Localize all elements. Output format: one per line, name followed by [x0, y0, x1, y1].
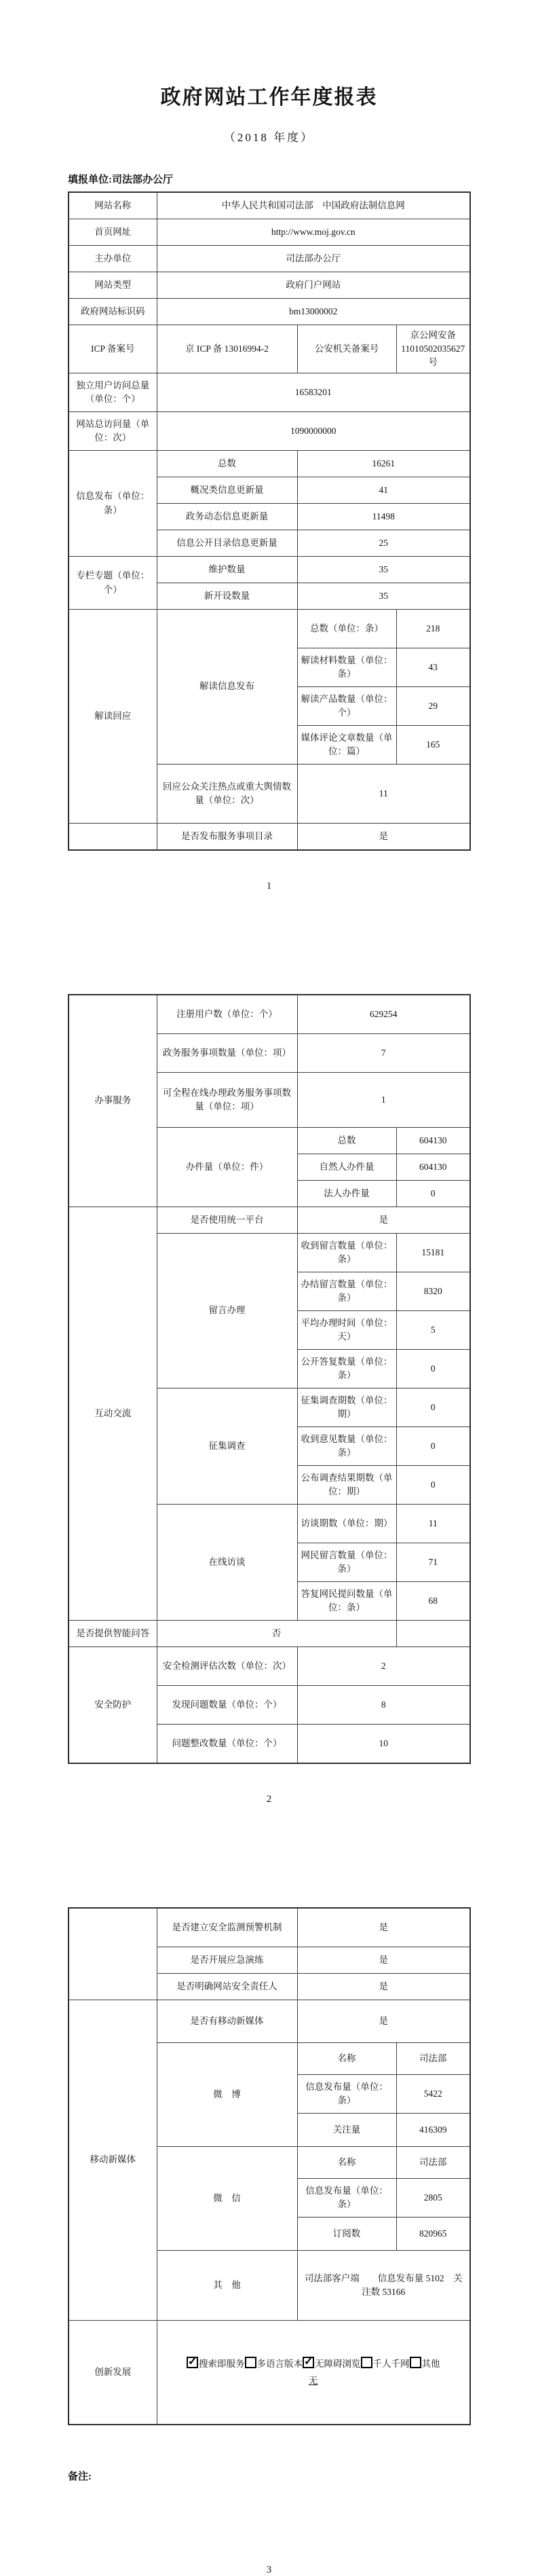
cell-label: 问题整改数量（单位：个） — [157, 1725, 297, 1764]
checkbox-icon — [361, 2357, 372, 2368]
notes-label: 备注: — [68, 2469, 538, 2483]
cell-value: 司法部 — [396, 2043, 470, 2075]
cell-value: 629254 — [297, 995, 470, 1034]
cell-value: 0 — [396, 1181, 470, 1207]
subsection-label: 在线访谈 — [157, 1505, 297, 1621]
cell-value: 35 — [297, 557, 470, 583]
option-label: 搜索即服务 — [199, 2359, 245, 2369]
table-row: 网站名称 中华人民共和国司法部 中国政府法制信息网 — [69, 192, 470, 219]
cell-label: 访谈期数（单位：期） — [297, 1505, 396, 1543]
cell-value: 0 — [396, 1427, 470, 1466]
page-3: 是否建立安全监测预警机制 是 是否开展应急演练 是 是否明确网站安全责任人 是 … — [0, 1907, 538, 2576]
option-search-as-service: 搜索即服务 — [187, 2359, 245, 2369]
table-row: 专栏专题（单位：个） 维护数量 35 — [69, 557, 470, 583]
cell-label: 名称 — [297, 2147, 396, 2179]
table-row: 独立用户访问总量（单位：个） 16583201 — [69, 373, 470, 412]
cell-value: 1090000000 — [157, 412, 470, 451]
cell-value: 8320 — [396, 1272, 470, 1311]
page-number: 2 — [0, 1794, 538, 1805]
option-label: 千人千网 — [373, 2359, 410, 2369]
cell-value: 604130 — [396, 1128, 470, 1154]
table-row: 信息发布（单位：条） 总数 16261 — [69, 451, 470, 477]
cell-value: 京 ICP 备 13016994-2 — [157, 325, 297, 373]
cell-label: 总数 — [157, 451, 297, 477]
document-sheet: 政府网站工作年度报表 （2018 年度） 填报单位:司法部办公厅 网站名称 中华… — [0, 0, 538, 2576]
cell-value: 71 — [396, 1543, 470, 1582]
cell-label: 是否提供智能问答 — [69, 1621, 157, 1647]
section-label: 互动交流 — [69, 1207, 157, 1621]
cell-label: 可全程在线办理政务服务事项数量（单位：项） — [157, 1073, 297, 1128]
cell-value: 10 — [297, 1725, 470, 1764]
checkbox-icon — [410, 2357, 421, 2368]
page-2: 办事服务 注册用户数（单位：个） 629254 政务服务事项数量（单位：项） 7… — [0, 994, 538, 1805]
cell-label: 网民留言数量（单位：条） — [297, 1543, 396, 1582]
cell-label: 解读产品数量（单位：个） — [297, 687, 396, 726]
cell-value: 0 — [396, 1388, 470, 1427]
innovation-other-text: 无 — [309, 2374, 318, 2388]
section-label: 创新发展 — [69, 2321, 157, 2425]
cell-label: 公布调查结果期数（单位：期） — [297, 1466, 396, 1505]
subsection-label: 微 博 — [157, 2043, 297, 2147]
cell-label: 收到留言数量（单位：条） — [297, 1234, 396, 1272]
subsection-label: 办件量（单位：件） — [157, 1128, 297, 1207]
cell-label: 公开答复数量（单位：条） — [297, 1350, 396, 1388]
cell-value: 16261 — [297, 451, 470, 477]
cell-label: 媒体评论文章数量（单位：篇） — [297, 726, 396, 765]
option-accessibility: 无障碍浏览 — [303, 2359, 361, 2369]
cell-label: 关注量 — [297, 2114, 396, 2147]
table-row: 网站总访问量（单位：次） 1090000000 — [69, 412, 470, 451]
cell-label: 征集调查期数（单位：期） — [297, 1388, 396, 1427]
cell-label: 自然人办件量 — [297, 1154, 396, 1181]
cell-label: 独立用户访问总量（单位：个） — [69, 373, 157, 412]
cell-label: 概况类信息更新量 — [157, 477, 297, 504]
cell-value: 是 — [297, 1207, 470, 1234]
table-row: 网站类型 政府门户网站 — [69, 272, 470, 299]
cell-value: 0 — [396, 1350, 470, 1388]
cell-label: 安全检测评估次数（单位：次） — [157, 1647, 297, 1686]
checkbox-icon — [187, 2357, 198, 2368]
innovation-checkbox-line: 搜索即服务多语言版本无障碍浏览千人千网其他 — [161, 2357, 467, 2371]
cell-label: 信息发布量（单位：条） — [297, 2075, 396, 2114]
cell-value: 15181 — [396, 1234, 470, 1272]
table-row: 安全防护 安全检测评估次数（单位：次） 2 — [69, 1647, 470, 1686]
cell-value: 司法部 — [396, 2147, 470, 2179]
cell-value: 16583201 — [157, 373, 470, 412]
cell-value: 0 — [396, 1466, 470, 1505]
cell-label: 信息公开目录信息更新量 — [157, 530, 297, 557]
cell-value: 司法部办公厅 — [157, 246, 470, 272]
section-label: 安全防护 — [69, 1647, 157, 1764]
cell-label: 注册用户数（单位：个） — [157, 995, 297, 1034]
cell-value: 京公网安备 11010502035627 号 — [396, 325, 470, 373]
cell-value: 11 — [396, 1505, 470, 1543]
subsection-label: 解读信息发布 — [157, 610, 297, 765]
cell-value: 7 — [297, 1034, 470, 1073]
cell-label: 总数（单位：条） — [297, 610, 396, 648]
cell-value: 司法部客户端 信息发布量 5102 关注数 53166 — [297, 2251, 470, 2321]
cell-value: 是 — [297, 1974, 470, 2000]
cell-value: 否 — [157, 1621, 396, 1647]
cell-label: 平均办理时间（单位：天） — [297, 1311, 396, 1350]
cell-label: 是否开展应急演练 — [157, 1947, 297, 1974]
cell-value: 218 — [396, 610, 470, 648]
cell-value: 11 — [297, 765, 470, 824]
report-table-basic-info: 网站名称 中华人民共和国司法部 中国政府法制信息网 首页网址 http://ww… — [68, 191, 471, 851]
cell-value: http://www.moj.gov.cn — [157, 219, 470, 246]
table-row: 移动新媒体 是否有移动新媒体 是 — [69, 2000, 470, 2043]
table-row: 是否发布服务事项目录 是 — [69, 824, 470, 851]
option-label: 无障碍浏览 — [315, 2359, 361, 2369]
cell-label: 办结留言数量（单位：条） — [297, 1272, 396, 1311]
subsection-label: 微 信 — [157, 2147, 297, 2251]
cell-label: 法人办件量 — [297, 1181, 396, 1207]
page-number: 1 — [0, 881, 538, 892]
cell-value: 68 — [396, 1582, 470, 1621]
cell-label: 维护数量 — [157, 557, 297, 583]
cell-value: 29 — [396, 687, 470, 726]
reporting-unit: 填报单位:司法部办公厅 — [68, 172, 538, 186]
cell-label: 网站总访问量（单位：次） — [69, 412, 157, 451]
cell-value: 2 — [297, 1647, 470, 1686]
cell-label: 发现问题数量（单位：个） — [157, 1686, 297, 1725]
cell-value: bm13000002 — [157, 299, 470, 325]
empty-cell — [69, 1908, 157, 2000]
cell-value: 25 — [297, 530, 470, 557]
option-label: 多语言版本 — [257, 2359, 303, 2369]
table-row: 创新发展 搜索即服务多语言版本无障碍浏览千人千网其他 无 — [69, 2321, 470, 2425]
cell-label: 网站名称 — [69, 192, 157, 219]
section-label: 专栏专题（单位：个） — [69, 557, 157, 610]
cell-value: 43 — [396, 648, 470, 687]
cell-label: 政务动态信息更新量 — [157, 504, 297, 530]
section-label: 解读回应 — [69, 610, 157, 824]
cell-value: 5 — [396, 1311, 470, 1350]
cell-value: 2805 — [396, 2179, 470, 2218]
cell-value: 是 — [297, 1947, 470, 1974]
subsection-label: 留言办理 — [157, 1234, 297, 1388]
cell-label: 是否发布服务事项目录 — [157, 824, 297, 851]
cell-label: 新开设数量 — [157, 583, 297, 610]
table-row: 首页网址 http://www.moj.gov.cn — [69, 219, 470, 246]
checkbox-icon — [303, 2357, 314, 2368]
cell-value: 1 — [297, 1073, 470, 1128]
cell-value: 是 — [297, 824, 470, 851]
table-row: 政府网站标识码 bm13000002 — [69, 299, 470, 325]
cell-label: 是否使用统一平台 — [157, 1207, 297, 1234]
table-row: 是否建立安全监测预警机制 是 — [69, 1908, 470, 1947]
cell-value: 政府门户网站 — [157, 272, 470, 299]
report-table-services: 办事服务 注册用户数（单位：个） 629254 政务服务事项数量（单位：项） 7… — [68, 994, 471, 1764]
cell-label: 收到意见数量（单位：条） — [297, 1427, 396, 1466]
cell-value: 是 — [297, 1908, 470, 1947]
cell-value: 416309 — [396, 2114, 470, 2147]
cell-value: 165 — [396, 726, 470, 765]
cell-label: 是否明确网站安全责任人 — [157, 1974, 297, 2000]
cell-value: 35 — [297, 583, 470, 610]
table-row: 是否提供智能问答 否 — [69, 1621, 470, 1647]
option-multilingual: 多语言版本 — [245, 2359, 303, 2369]
cell-label: 是否有移动新媒体 — [157, 2000, 297, 2043]
cell-label: 主办单位 — [69, 246, 157, 272]
section-label: 移动新媒体 — [69, 2000, 157, 2321]
empty-cell — [69, 824, 157, 851]
page-title: 政府网站工作年度报表 — [0, 80, 538, 110]
cell-label: 订阅数 — [297, 2218, 396, 2251]
cell-value: 820965 — [396, 2218, 470, 2251]
subsection-label: 征集调查 — [157, 1388, 297, 1505]
page-1: 政府网站工作年度报表 （2018 年度） 填报单位:司法部办公厅 网站名称 中华… — [0, 80, 538, 892]
cell-label: 解读材料数量（单位：条） — [297, 648, 396, 687]
checkbox-icon — [245, 2357, 256, 2368]
cell-label: 政府网站标识码 — [69, 299, 157, 325]
cell-value: 8 — [297, 1686, 470, 1725]
cell-label: ICP 备案号 — [69, 325, 157, 373]
table-row: 互动交流 是否使用统一平台 是 — [69, 1207, 470, 1234]
option-personalized: 千人千网 — [361, 2359, 410, 2369]
cell-value: 604130 — [396, 1154, 470, 1181]
cell-label: 总数 — [297, 1128, 396, 1154]
table-row: 主办单位 司法部办公厅 — [69, 246, 470, 272]
table-row: ICP 备案号 京 ICP 备 13016994-2 公安机关备案号 京公网安备… — [69, 325, 470, 373]
cell-value: 是 — [297, 2000, 470, 2043]
page-number: 3 — [0, 2564, 538, 2576]
option-other: 其他 — [410, 2359, 440, 2369]
cell-label: 政务服务事项数量（单位：项） — [157, 1034, 297, 1073]
report-table-mobile-media: 是否建立安全监测预警机制 是 是否开展应急演练 是 是否明确网站安全责任人 是 … — [68, 1907, 471, 2425]
cell-label: 首页网址 — [69, 219, 157, 246]
cell-value: 中华人民共和国司法部 中国政府法制信息网 — [157, 192, 470, 219]
cell-label: 是否建立安全监测预警机制 — [157, 1908, 297, 1947]
cell-label: 信息发布量（单位：条） — [297, 2179, 396, 2218]
cell-value: 11498 — [297, 504, 470, 530]
table-row: 办事服务 注册用户数（单位：个） 629254 — [69, 995, 470, 1034]
cell-value: 5422 — [396, 2075, 470, 2114]
innovation-options: 搜索即服务多语言版本无障碍浏览千人千网其他 无 — [157, 2321, 470, 2425]
report-year: （2018 年度） — [0, 128, 538, 145]
section-label: 办事服务 — [69, 995, 157, 1207]
cell-label: 名称 — [297, 2043, 396, 2075]
cell-label: 回应公众关注热点或重大舆情数量（单位：次） — [157, 765, 297, 824]
subsection-label: 其 他 — [157, 2251, 297, 2321]
cell-value: 41 — [297, 477, 470, 504]
cell-label: 答复网民提问数量（单位：条） — [297, 1582, 396, 1621]
cell-label: 公安机关备案号 — [297, 325, 396, 373]
section-label: 信息发布（单位：条） — [69, 451, 157, 557]
table-row: 解读回应 解读信息发布 总数（单位：条） 218 — [69, 610, 470, 648]
option-label: 其他 — [422, 2359, 440, 2369]
cell-label: 网站类型 — [69, 272, 157, 299]
